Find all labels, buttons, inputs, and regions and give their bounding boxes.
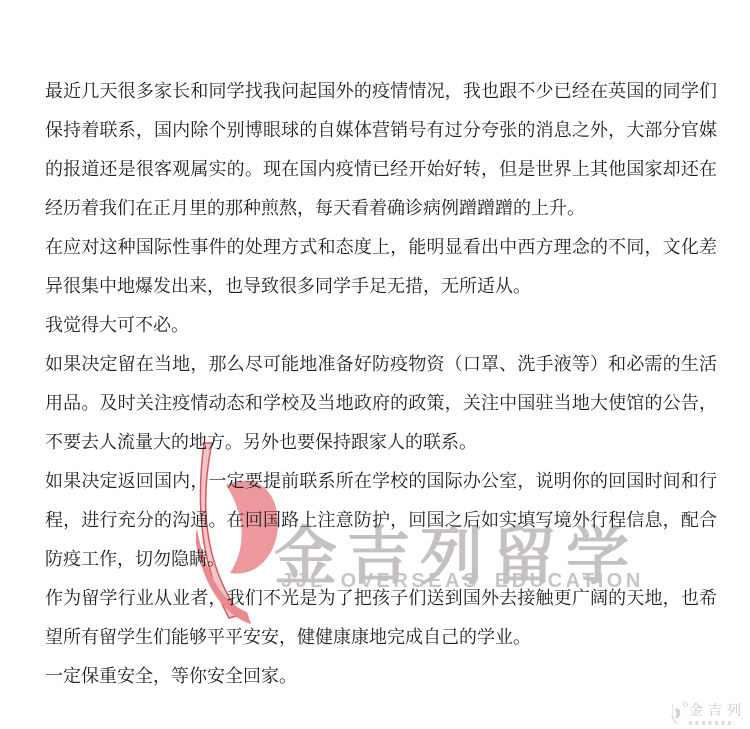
paragraph-4: 如果决定留在当地，那么尽可能地准备好防疫物资（口罩、洗手液等）和必需的生活用品。… [45,345,717,462]
article-text: 最近几天很多家长和同学找我问起国外的疫情情况，我也跟不少已经在英国的同学们保持着… [45,72,717,696]
corner-logo-brand-cn: 金吉列 [689,702,746,718]
paragraph-5: 如果决定返回国内，一定要提前联系所在学校的国际办公室，说明你的回国时间和行程，进… [45,462,717,579]
paragraph-6: 作为留学行业从业者，我们不光是为了把孩子们送到国外去接触更广阔的天地，也希望所有… [45,579,717,657]
document-page: 金吉列留学 JJL OVERSEAS EDUCATION 最近几天很多家长和同学… [0,0,750,729]
paragraph-1: 最近几天很多家长和同学找我问起国外的疫情情况，我也跟不少已经在英国的同学们保持着… [45,72,717,228]
jjl-logo-small-icon [670,704,682,724]
paragraph-2: 在应对这种国际性事件的处理方式和态度上，能明显看出中西方理念的不同，文化差异很集… [45,228,717,306]
paragraph-3: 我觉得大可不必。 [45,306,717,345]
small-logo-petal-shape [675,708,681,718]
registered-mark-dot [683,702,688,707]
paragraph-7: 一定保重安全，等你安全回家。 [45,657,717,696]
corner-logo-tagline [689,721,735,725]
corner-logo: 金吉列 [670,702,746,725]
